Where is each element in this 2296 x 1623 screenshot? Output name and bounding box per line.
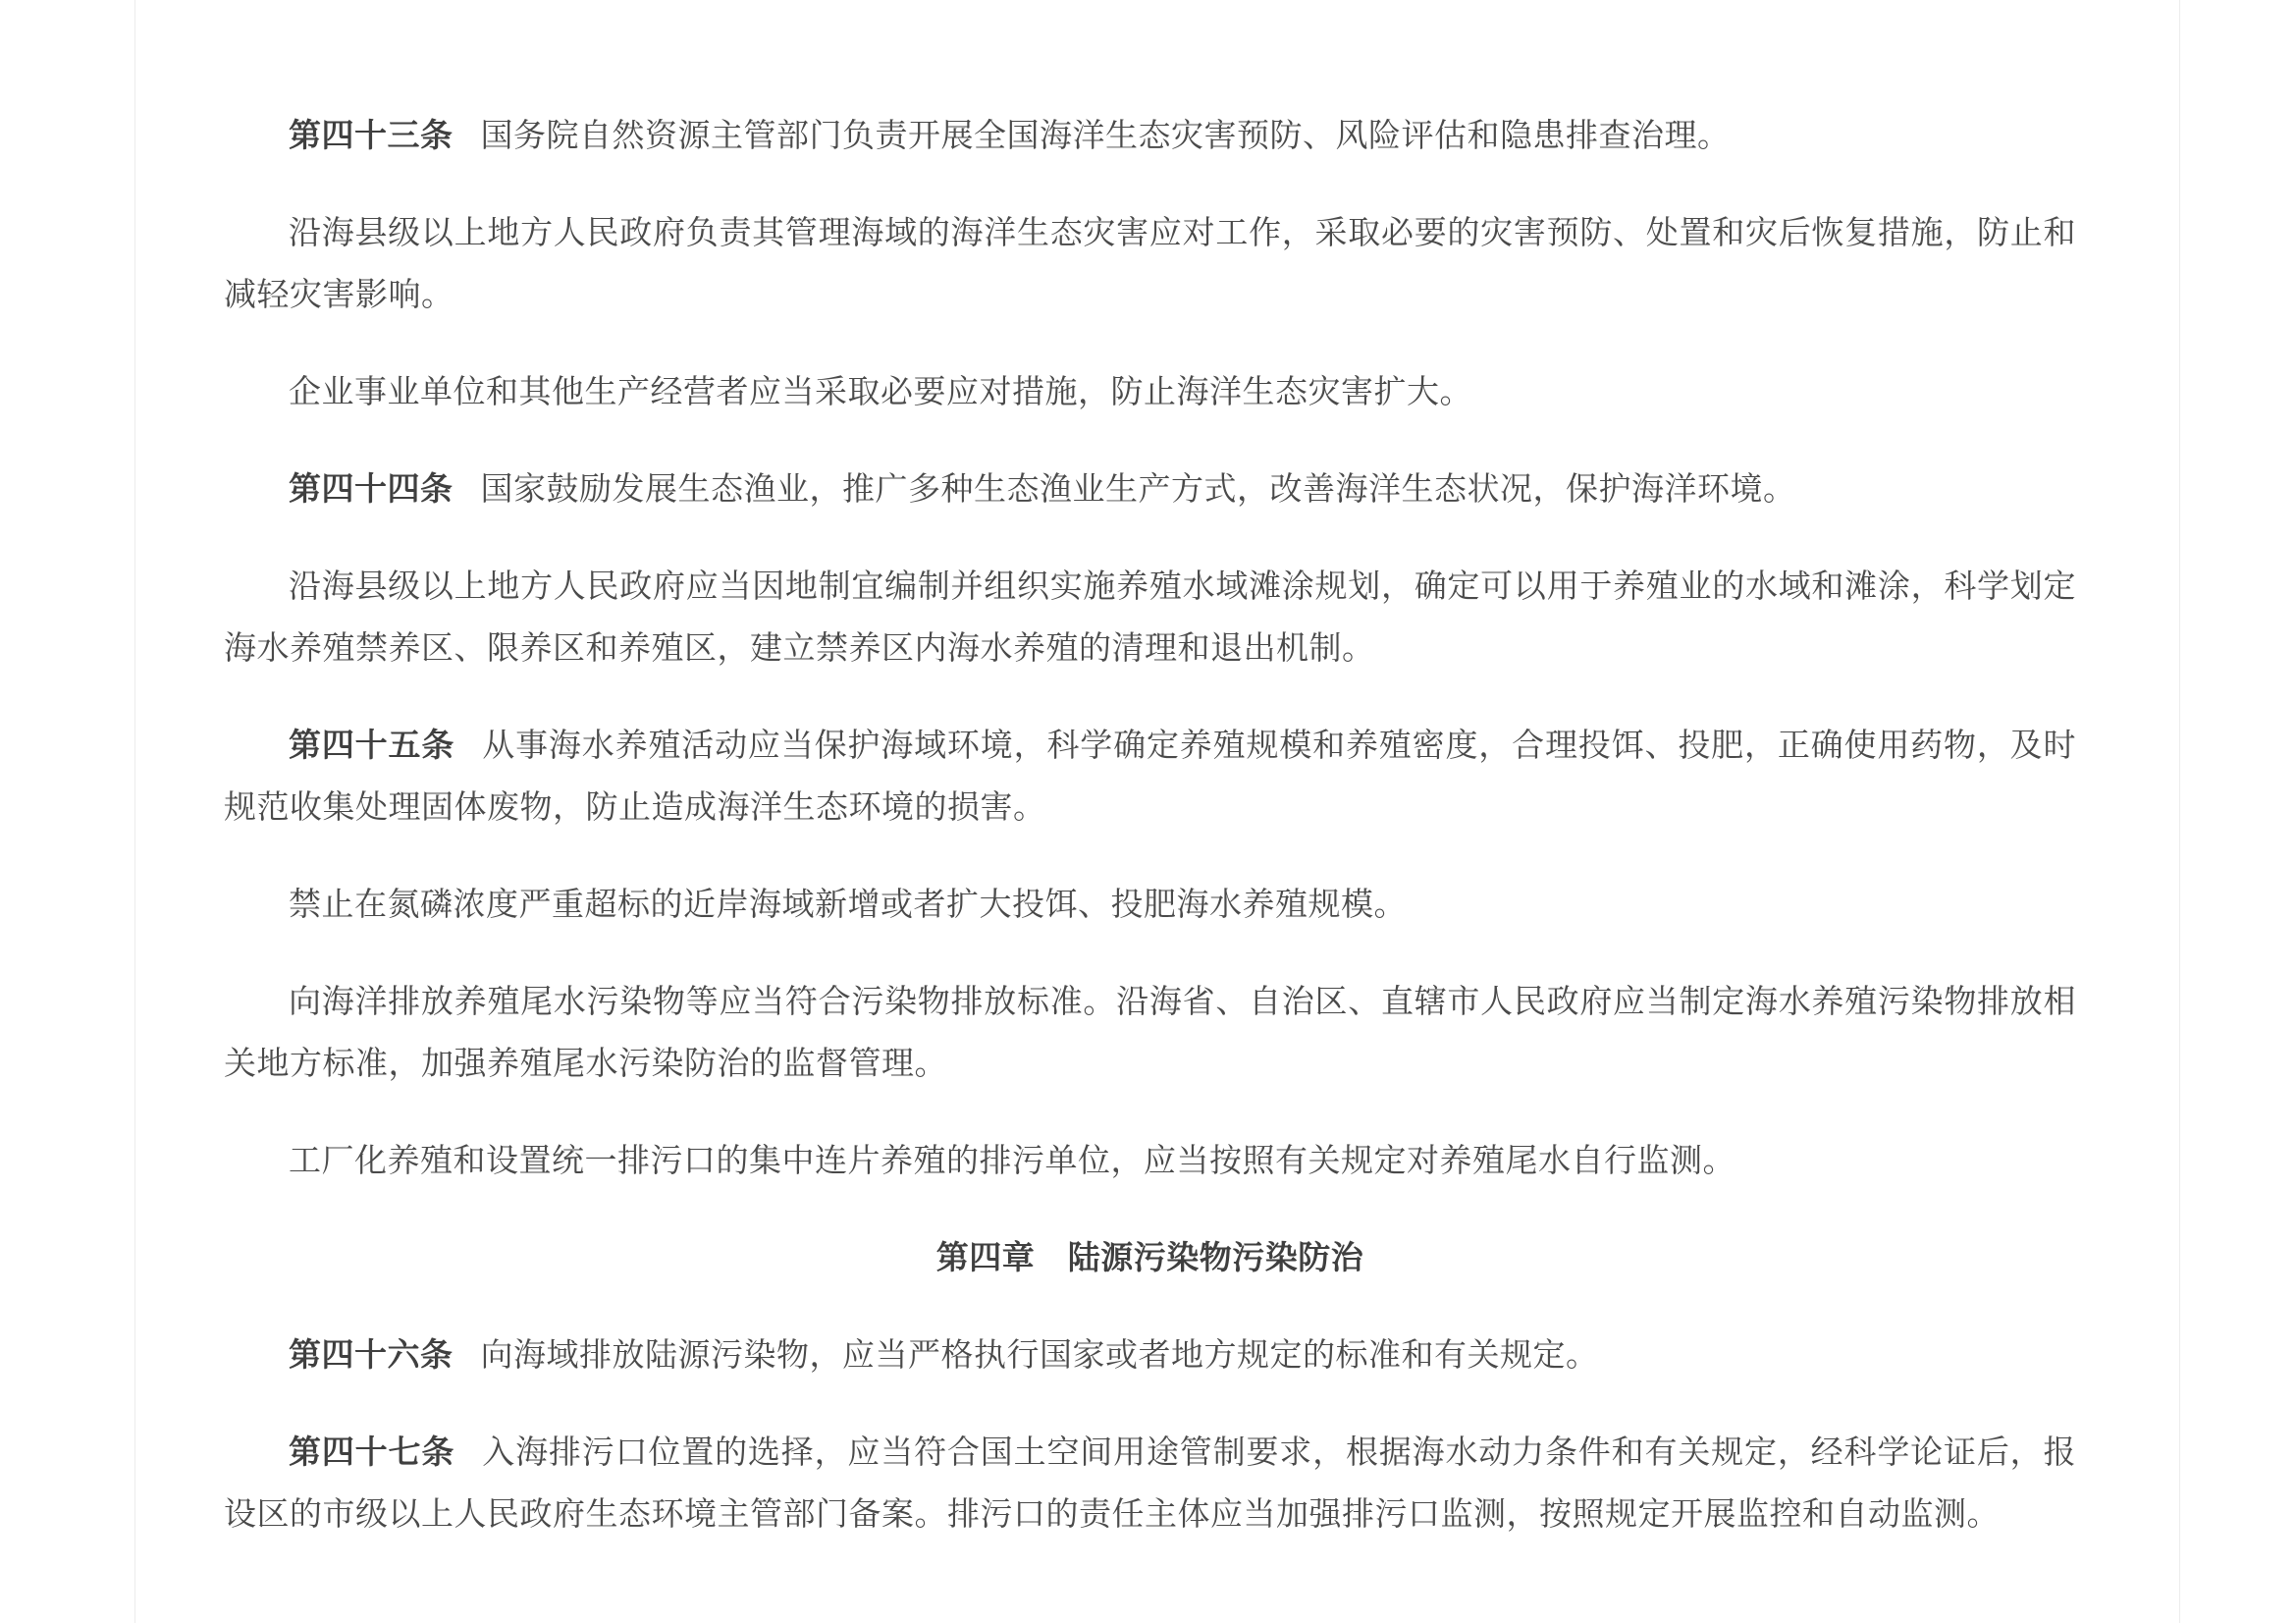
body-paragraph: 向海洋排放养殖尾水污染物等应当符合污染物排放标准。沿海省、自治区、直辖市人民政府… [224, 970, 2076, 1094]
article-paragraph: 第四十三条国务院自然资源主管部门负责开展全国海洋生态灾害预防、风险评估和隐患排查… [224, 104, 2076, 166]
body-paragraph: 企业事业单位和其他生产经营者应当采取必要应对措施，防止海洋生态灾害扩大。 [224, 360, 2076, 422]
article-paragraph: 第四十六条向海域排放陆源污染物，应当严格执行国家或者地方规定的标准和有关规定。 [224, 1324, 2076, 1385]
body-paragraph: 沿海县级以上地方人民政府应当因地制宜编制并组织实施养殖水域滩涂规划，确定可以用于… [224, 555, 2076, 678]
article-paragraph: 第四十四条国家鼓励发展生态渔业，推广多种生态渔业生产方式，改善海洋生态状况，保护… [224, 458, 2076, 519]
paragraph-text: 向海域排放陆源污染物，应当严格执行国家或者地方规定的标准和有关规定。 [481, 1336, 1599, 1373]
paragraph-text: 入海排污口位置的选择，应当符合国土空间用途管制要求，根据海水动力条件和有关规定，… [224, 1434, 2076, 1532]
article-paragraph: 第四十五条从事海水养殖活动应当保护海域环境，科学确定养殖规模和养殖密度，合理投饵… [224, 714, 2076, 838]
body-paragraph: 沿海县级以上地方人民政府负责其管理海域的海洋生态灾害应对工作，采取必要的灾害预防… [224, 201, 2076, 325]
article-number: 第四十六条 [289, 1336, 454, 1373]
article-number: 第四十五条 [289, 727, 454, 763]
paragraph-text: 国家鼓励发展生态渔业，推广多种生态渔业生产方式，改善海洋生态状况，保护海洋环境。 [481, 470, 1796, 507]
paragraph-text: 向海洋排放养殖尾水污染物等应当符合污染物排放标准。沿海省、自治区、直辖市人民政府… [224, 983, 2076, 1081]
article-number: 第四十四条 [289, 470, 454, 507]
paragraph-text: 沿海县级以上地方人民政府应当因地制宜编制并组织实施养殖水域滩涂规划，确定可以用于… [224, 568, 2076, 666]
article-number: 第四十三条 [289, 117, 454, 153]
article-number: 第四十七条 [289, 1434, 454, 1470]
paragraph-text: 国务院自然资源主管部门负责开展全国海洋生态灾害预防、风险评估和隐患排查治理。 [481, 117, 1731, 153]
article-paragraph: 第四十七条入海排污口位置的选择，应当符合国土空间用途管制要求，根据海水动力条件和… [224, 1421, 2076, 1544]
law-text-body: 第四十三条国务院自然资源主管部门负责开展全国海洋生态灾害预防、风险评估和隐患排查… [224, 104, 2076, 1544]
paragraph-text: 沿海县级以上地方人民政府负责其管理海域的海洋生态灾害应对工作，采取必要的灾害预防… [224, 214, 2076, 312]
paragraph-text: 禁止在氮磷浓度严重超标的近岸海域新增或者扩大投饵、投肥海水养殖规模。 [289, 886, 1407, 922]
body-paragraph: 禁止在氮磷浓度严重超标的近岸海域新增或者扩大投饵、投肥海水养殖规模。 [224, 873, 2076, 935]
chapter-heading: 第四章 陆源污染物污染防治 [224, 1226, 2076, 1288]
document-page: 第四十三条国务院自然资源主管部门负责开展全国海洋生态灾害预防、风险评估和隐患排查… [134, 0, 2180, 1623]
paragraph-text: 企业事业单位和其他生产经营者应当采取必要应对措施，防止海洋生态灾害扩大。 [289, 373, 1472, 409]
paragraph-text: 工厂化养殖和设置统一排污口的集中连片养殖的排污单位，应当按照有关规定对养殖尾水自… [289, 1142, 1735, 1178]
body-paragraph: 工厂化养殖和设置统一排污口的集中连片养殖的排污单位，应当按照有关规定对养殖尾水自… [224, 1129, 2076, 1191]
paragraph-text: 从事海水养殖活动应当保护海域环境，科学确定养殖规模和养殖密度，合理投饵、投肥，正… [224, 727, 2076, 825]
